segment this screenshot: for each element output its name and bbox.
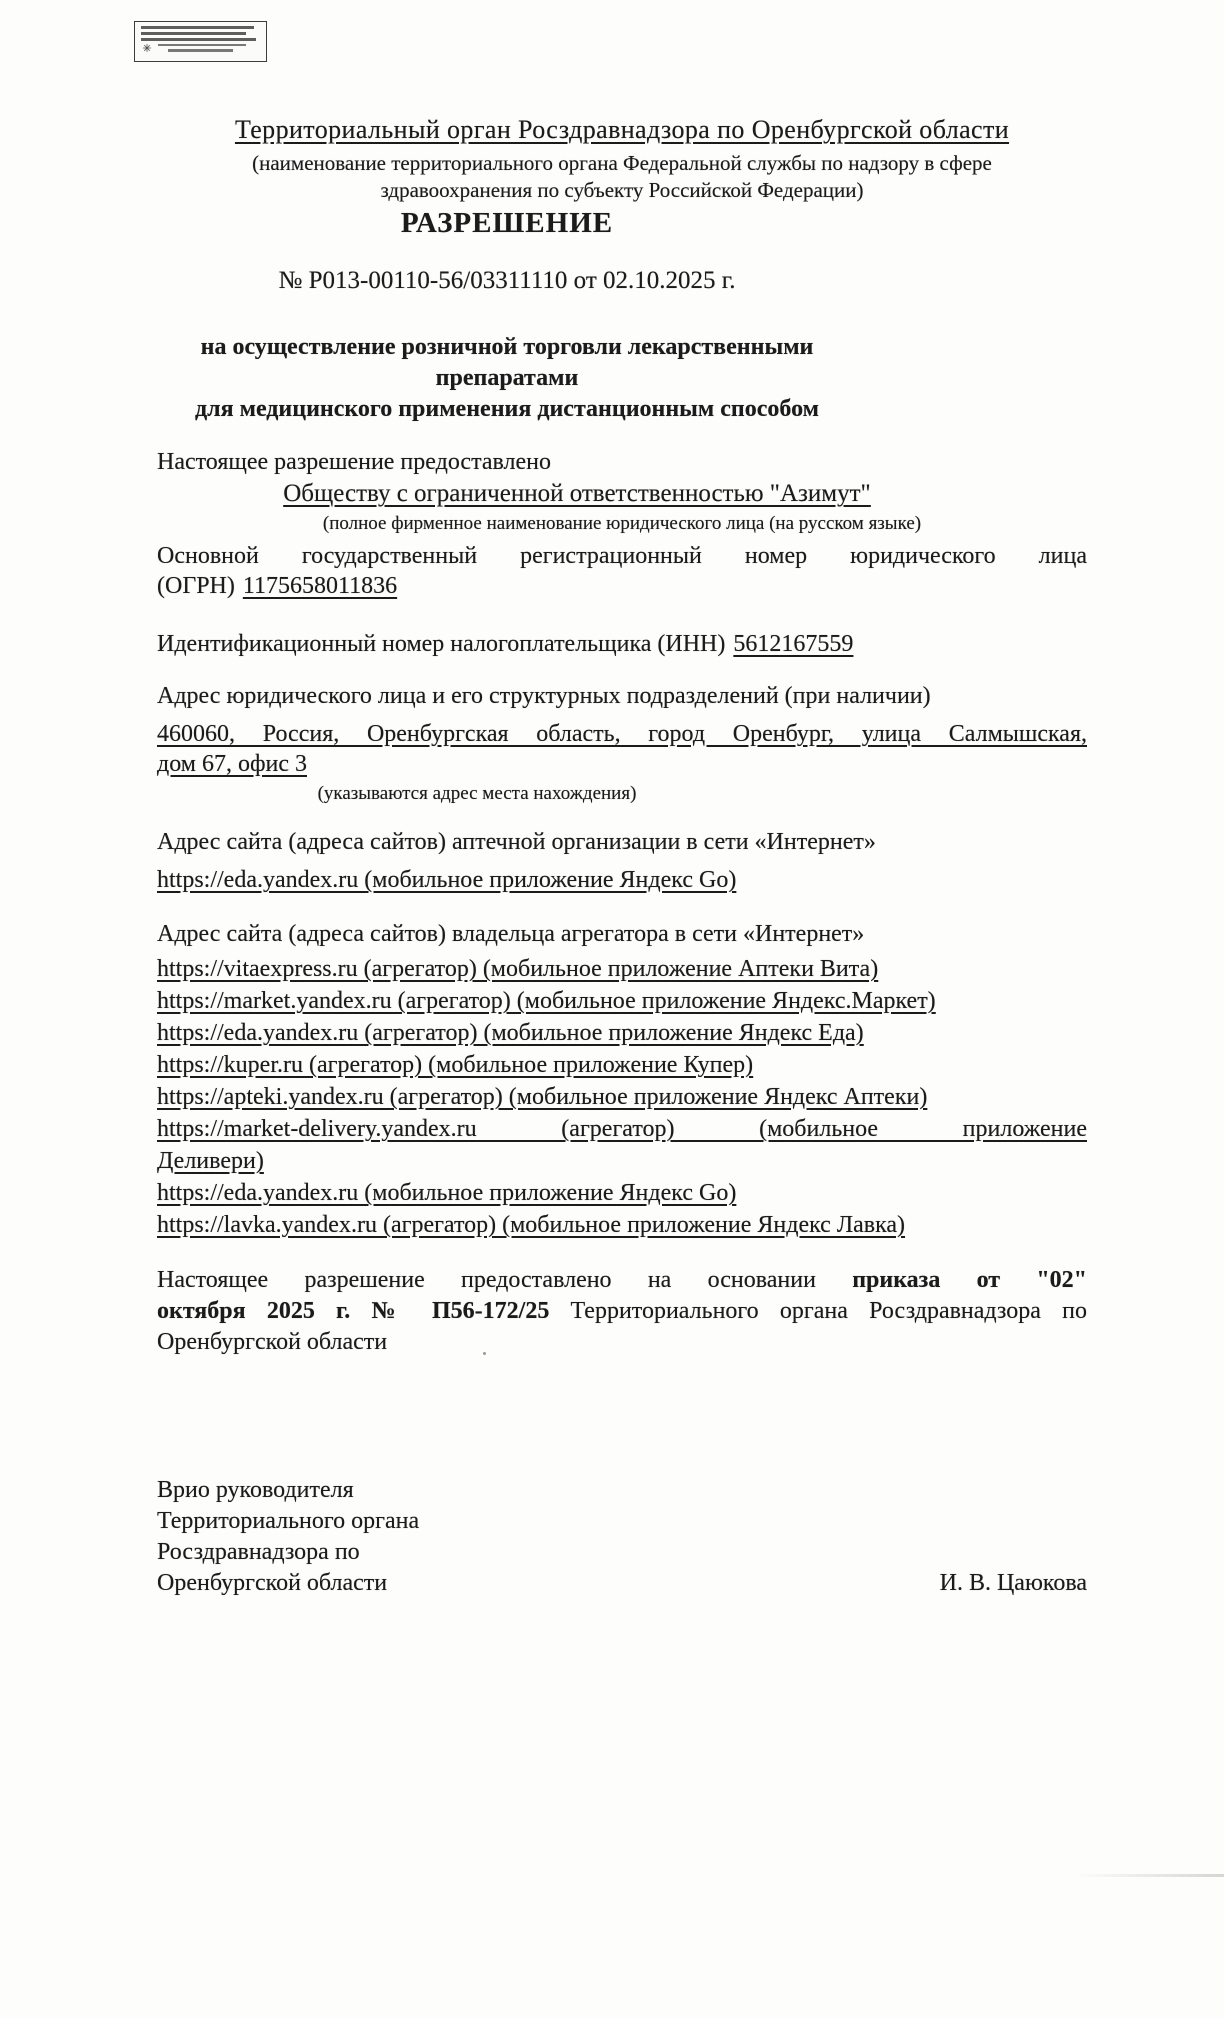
document-number: № Р013-00110-56/03311110 от 02.10.2025 г… xyxy=(157,266,857,296)
address-line2: дом 67, офис 3 xyxy=(157,749,1087,779)
issuing-authority-note-line1: (наименование территориального органа Фе… xyxy=(157,150,1087,177)
aggregator-site-line: https://eda.yandex.ru (агрегатор) (мобил… xyxy=(157,1017,1087,1049)
basis-line: Оренбургской области xyxy=(157,1327,1087,1358)
ogrn-value: 1175658011836 xyxy=(243,573,397,599)
inn-line: Идентификационный номер налогоплательщик… xyxy=(157,629,1087,659)
aggregator-site-line: https://market-delivery.yandex.ru (агрег… xyxy=(157,1113,1087,1145)
ogrn-label: (ОГРН) xyxy=(157,573,235,599)
aggregator-site-line: https://eda.yandex.ru (мобильное приложе… xyxy=(157,1177,1087,1209)
document-page: ✳ Территориальный орган Росздравнадзора … xyxy=(0,0,1224,2018)
document-content: Территориальный орган Росздравнадзора по… xyxy=(157,0,1087,1599)
signature-block: Врио руководителяТерриториального органа… xyxy=(157,1475,1087,1599)
permission-subject-line1: на осуществление розничной торговли лека… xyxy=(157,332,857,394)
address-line1: 460060, Россия, Оренбургская область, го… xyxy=(157,719,1087,749)
aggregator-site-line: Деливери) xyxy=(157,1145,1087,1177)
signatory-position-line: Территориального органа xyxy=(157,1506,1087,1537)
scan-artifact-line xyxy=(1074,1874,1224,1877)
signatory-position-line: Врио руководителя xyxy=(157,1475,1087,1506)
permission-subject: на осуществление розничной торговли лека… xyxy=(157,332,857,425)
aggregator-site-line: https://kuper.ru (агрегатор) (мобильное … xyxy=(157,1049,1087,1081)
address-note: (указываются адрес места нахождения) xyxy=(157,783,797,805)
inn-label: Идентификационный номер налогоплательщик… xyxy=(157,631,725,657)
signatory-position-line: Росздравнадзора по xyxy=(157,1537,1087,1568)
basis-segment: Территориального органа Росздравнадзора … xyxy=(549,1298,1087,1324)
basis-line: Настоящее разрешение предоставлено на ос… xyxy=(157,1265,1087,1296)
basis-segment-bold: приказа от "02" xyxy=(852,1267,1087,1293)
pharmacy-site-label: Адрес сайта (адреса сайтов) аптечной орг… xyxy=(157,827,1087,857)
scan-artifact-dot xyxy=(483,1352,486,1355)
signatory-name: И. В. Цаюкова xyxy=(940,1568,1087,1599)
ogrn-line1: Основной государственный регистрационный… xyxy=(157,541,1087,571)
aggregator-site-list: https://vitaexpress.ru (агрегатор) (моби… xyxy=(157,953,1087,1241)
company-name: Обществу с ограниченной ответственностью… xyxy=(157,479,997,509)
issuing-authority-name: Территориальный орган Росздравнадзора по… xyxy=(157,115,1087,144)
document-title: РАЗРЕШЕНИЕ xyxy=(157,206,857,240)
basis-paragraph: Настоящее разрешение предоставлено на ос… xyxy=(157,1265,1087,1358)
basis-segment: Оренбургской области xyxy=(157,1329,387,1355)
granted-to-label: Настоящее разрешение предоставлено xyxy=(157,447,1087,477)
basis-segment-bold: октября 2025 г. № П56-172/25 xyxy=(157,1298,549,1324)
company-name-note: (полное фирменное наименование юридическ… xyxy=(157,511,1087,537)
ogrn-line2: (ОГРН)1175658011836 xyxy=(157,571,1087,601)
issuing-authority-note-line2: здравоохранения по субъекту Российской Ф… xyxy=(157,177,1087,204)
issuing-authority-note: (наименование территориального органа Фе… xyxy=(157,150,1087,204)
basis-line: октября 2025 г. № П56-172/25 Территориал… xyxy=(157,1296,1087,1327)
aggregator-site-line: https://apteki.yandex.ru (агрегатор) (мо… xyxy=(157,1081,1087,1113)
permission-subject-line2: для медицинского применения дистанционны… xyxy=(157,394,857,425)
emblem-icon: ✳ xyxy=(141,44,153,55)
address-label: Адрес юридического лица и его структурны… xyxy=(157,681,1087,711)
aggregator-site-line: https://vitaexpress.ru (агрегатор) (моби… xyxy=(157,953,1087,985)
aggregator-site-line: https://lavka.yandex.ru (агрегатор) (моб… xyxy=(157,1209,1087,1241)
aggregator-label: Адрес сайта (адреса сайтов) владельца аг… xyxy=(157,919,1087,949)
inn-value: 5612167559 xyxy=(733,631,853,657)
basis-segment: Настоящее разрешение предоставлено на ос… xyxy=(157,1267,852,1293)
aggregator-site-line: https://market.yandex.ru (агрегатор) (мо… xyxy=(157,985,1087,1017)
pharmacy-site-line: https://eda.yandex.ru (мобильное приложе… xyxy=(157,864,1087,896)
